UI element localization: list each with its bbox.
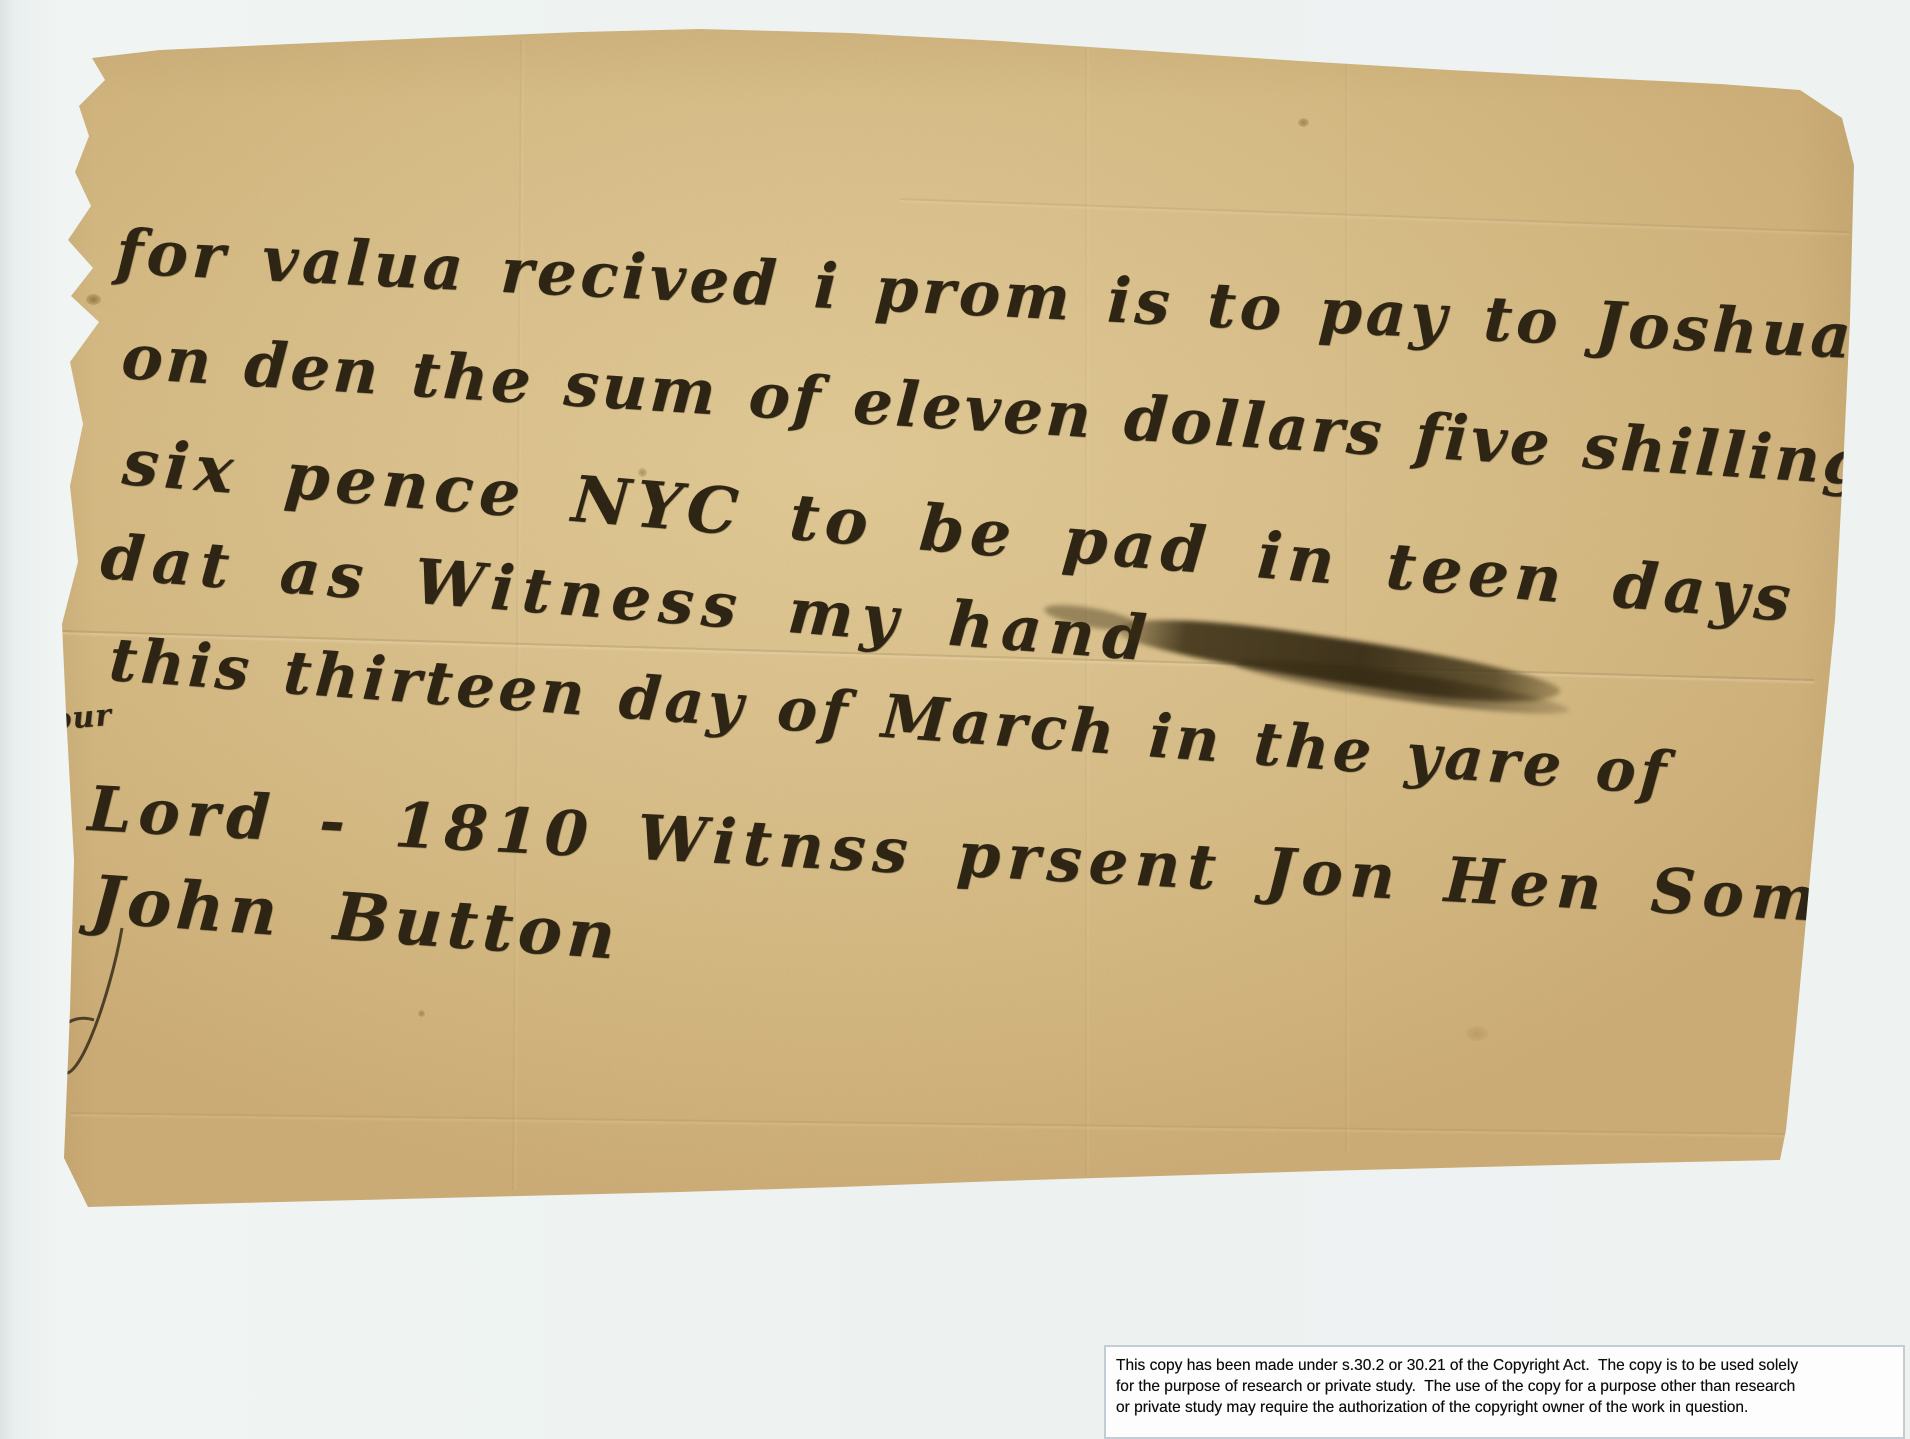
paper-texture — [0, 0, 1910, 1439]
copyright-notice-line: for the purpose of research or private s… — [1116, 1376, 1870, 1397]
manuscript-paper: for valua recived i prom is to pay to Jo… — [0, 0, 1910, 1439]
scanned-document-page: for valua recived i prom is to pay to Jo… — [0, 0, 1910, 1439]
copyright-notice-line: or private study may require the authori… — [1116, 1397, 1870, 1418]
copyright-notice: This copy has been made under s.30.2 or … — [1104, 1345, 1905, 1439]
copyright-notice-line: This copy has been made under s.30.2 or … — [1116, 1355, 1870, 1376]
